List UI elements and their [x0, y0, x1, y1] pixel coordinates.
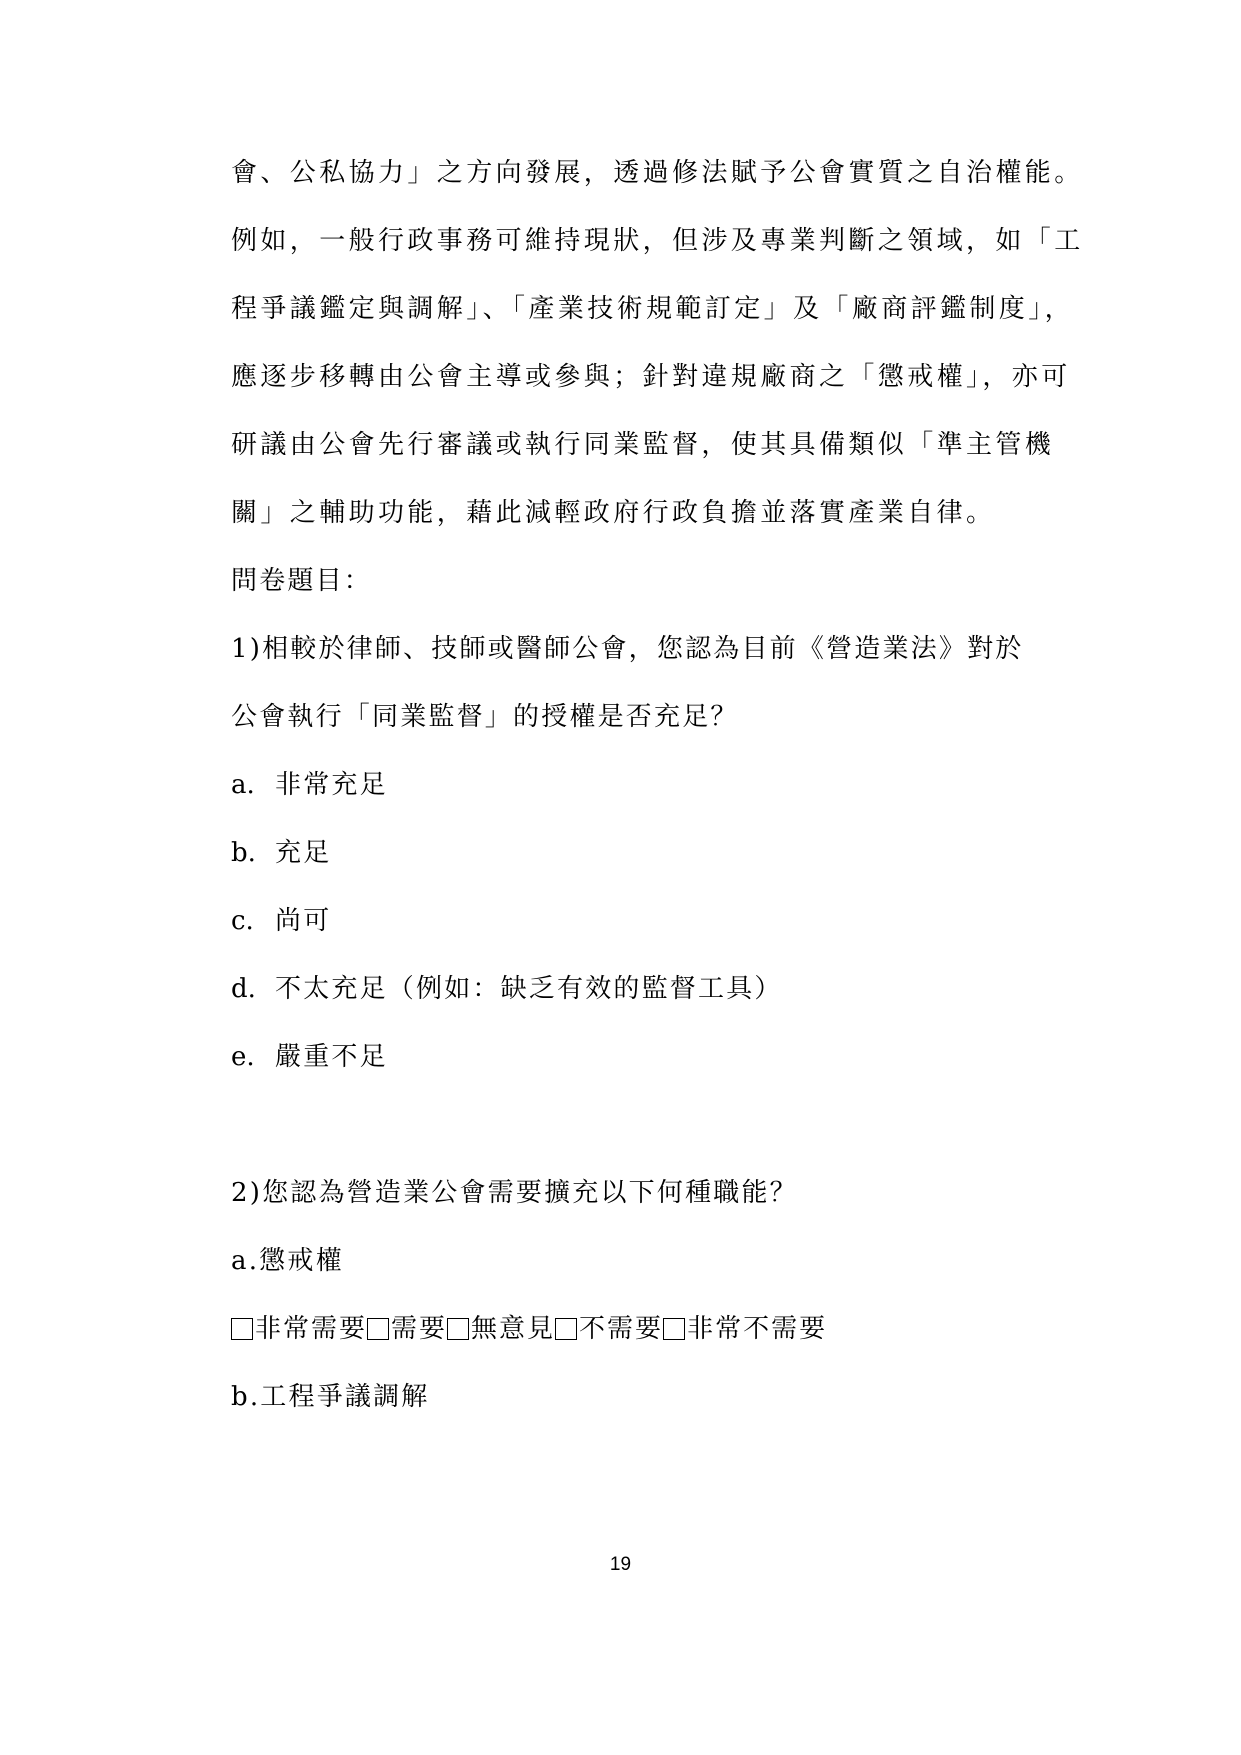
page-number: 19: [0, 1553, 1241, 1577]
scale-option-label: 非常需要: [255, 1312, 367, 1346]
paragraph-line: 程爭議鑑定與調解」、「產業技術規範訂定」及「廠商評鑑制度」，: [231, 292, 1074, 326]
checkbox-icon[interactable]: [555, 1318, 577, 1340]
option-text: 非常充足: [275, 770, 388, 800]
option-letter: b.: [231, 836, 275, 870]
paragraph-line: 研議由公會先行審議或執行同業監督，使其具備類似「準主管機: [231, 428, 1054, 462]
option-text: 充足: [275, 838, 331, 868]
question-2-item-a-scale: 非常需要 需要 無意見 不需要 非常不需要: [231, 1312, 827, 1346]
question-1-option-c: c.尚可: [231, 904, 331, 938]
question-1-option-b: b.充足: [231, 836, 331, 870]
scale-option-label: 非常不需要: [687, 1312, 827, 1346]
question-1-line: 1)相較於律師、技師或醫師公會，您認為目前《營造業法》對於: [231, 632, 1024, 666]
scale-option-label: 無意見: [471, 1312, 555, 1346]
paragraph-line: 關」之輔助功能，藉此減輕政府行政負擔並落實產業自律。: [231, 496, 995, 530]
question-2-item-b-label: b.工程爭議調解: [231, 1380, 430, 1414]
scale-option-label: 需要: [391, 1312, 447, 1346]
scale-option[interactable]: 無意見: [447, 1312, 555, 1346]
scale-option[interactable]: 非常不需要: [663, 1312, 827, 1346]
option-letter: a.: [231, 768, 275, 802]
option-letter: e.: [231, 1040, 275, 1074]
scale-option-label: 不需要: [579, 1312, 663, 1346]
checkbox-icon[interactable]: [367, 1318, 389, 1340]
question-2: 2)您認為營造業公會需要擴充以下何種職能？: [231, 1176, 798, 1210]
option-text: 不太充足（例如：缺乏有效的監督工具）: [275, 974, 783, 1004]
checkbox-icon[interactable]: [231, 1318, 253, 1340]
scale-option[interactable]: 需要: [367, 1312, 447, 1346]
checkbox-icon[interactable]: [447, 1318, 469, 1340]
paragraph-line: 會、公私協力」之方向發展，透過修法賦予公會實質之自治權能。: [231, 156, 1084, 190]
option-text: 嚴重不足: [275, 1042, 388, 1072]
paragraph-line: 例如，一般行政事務可維持現狀，但涉及專業判斷之領域，如「工: [231, 224, 1084, 258]
paragraph-line: 應逐步移轉由公會主導或參與；針對違規廠商之「懲戒權」，亦可: [231, 360, 1071, 394]
survey-heading: 問卷題目：: [231, 564, 372, 598]
option-text: 尚可: [275, 906, 331, 936]
question-1-option-d: d.不太充足（例如：缺乏有效的監督工具）: [231, 972, 783, 1006]
question-1-option-a: a.非常充足: [231, 768, 388, 802]
scale-option[interactable]: 不需要: [555, 1312, 663, 1346]
scale-option[interactable]: 非常需要: [231, 1312, 367, 1346]
question-2-item-a-label: a.懲戒權: [231, 1244, 344, 1278]
question-1-option-e: e.嚴重不足: [231, 1040, 388, 1074]
document-page: 會、公私協力」之方向發展，透過修法賦予公會實質之自治權能。 例如，一般行政事務可…: [0, 0, 1241, 1755]
option-letter: d.: [231, 972, 275, 1006]
option-letter: c.: [231, 904, 275, 938]
question-1-line: 公會執行「同業監督」的授權是否充足？: [231, 700, 739, 734]
checkbox-icon[interactable]: [663, 1318, 685, 1340]
